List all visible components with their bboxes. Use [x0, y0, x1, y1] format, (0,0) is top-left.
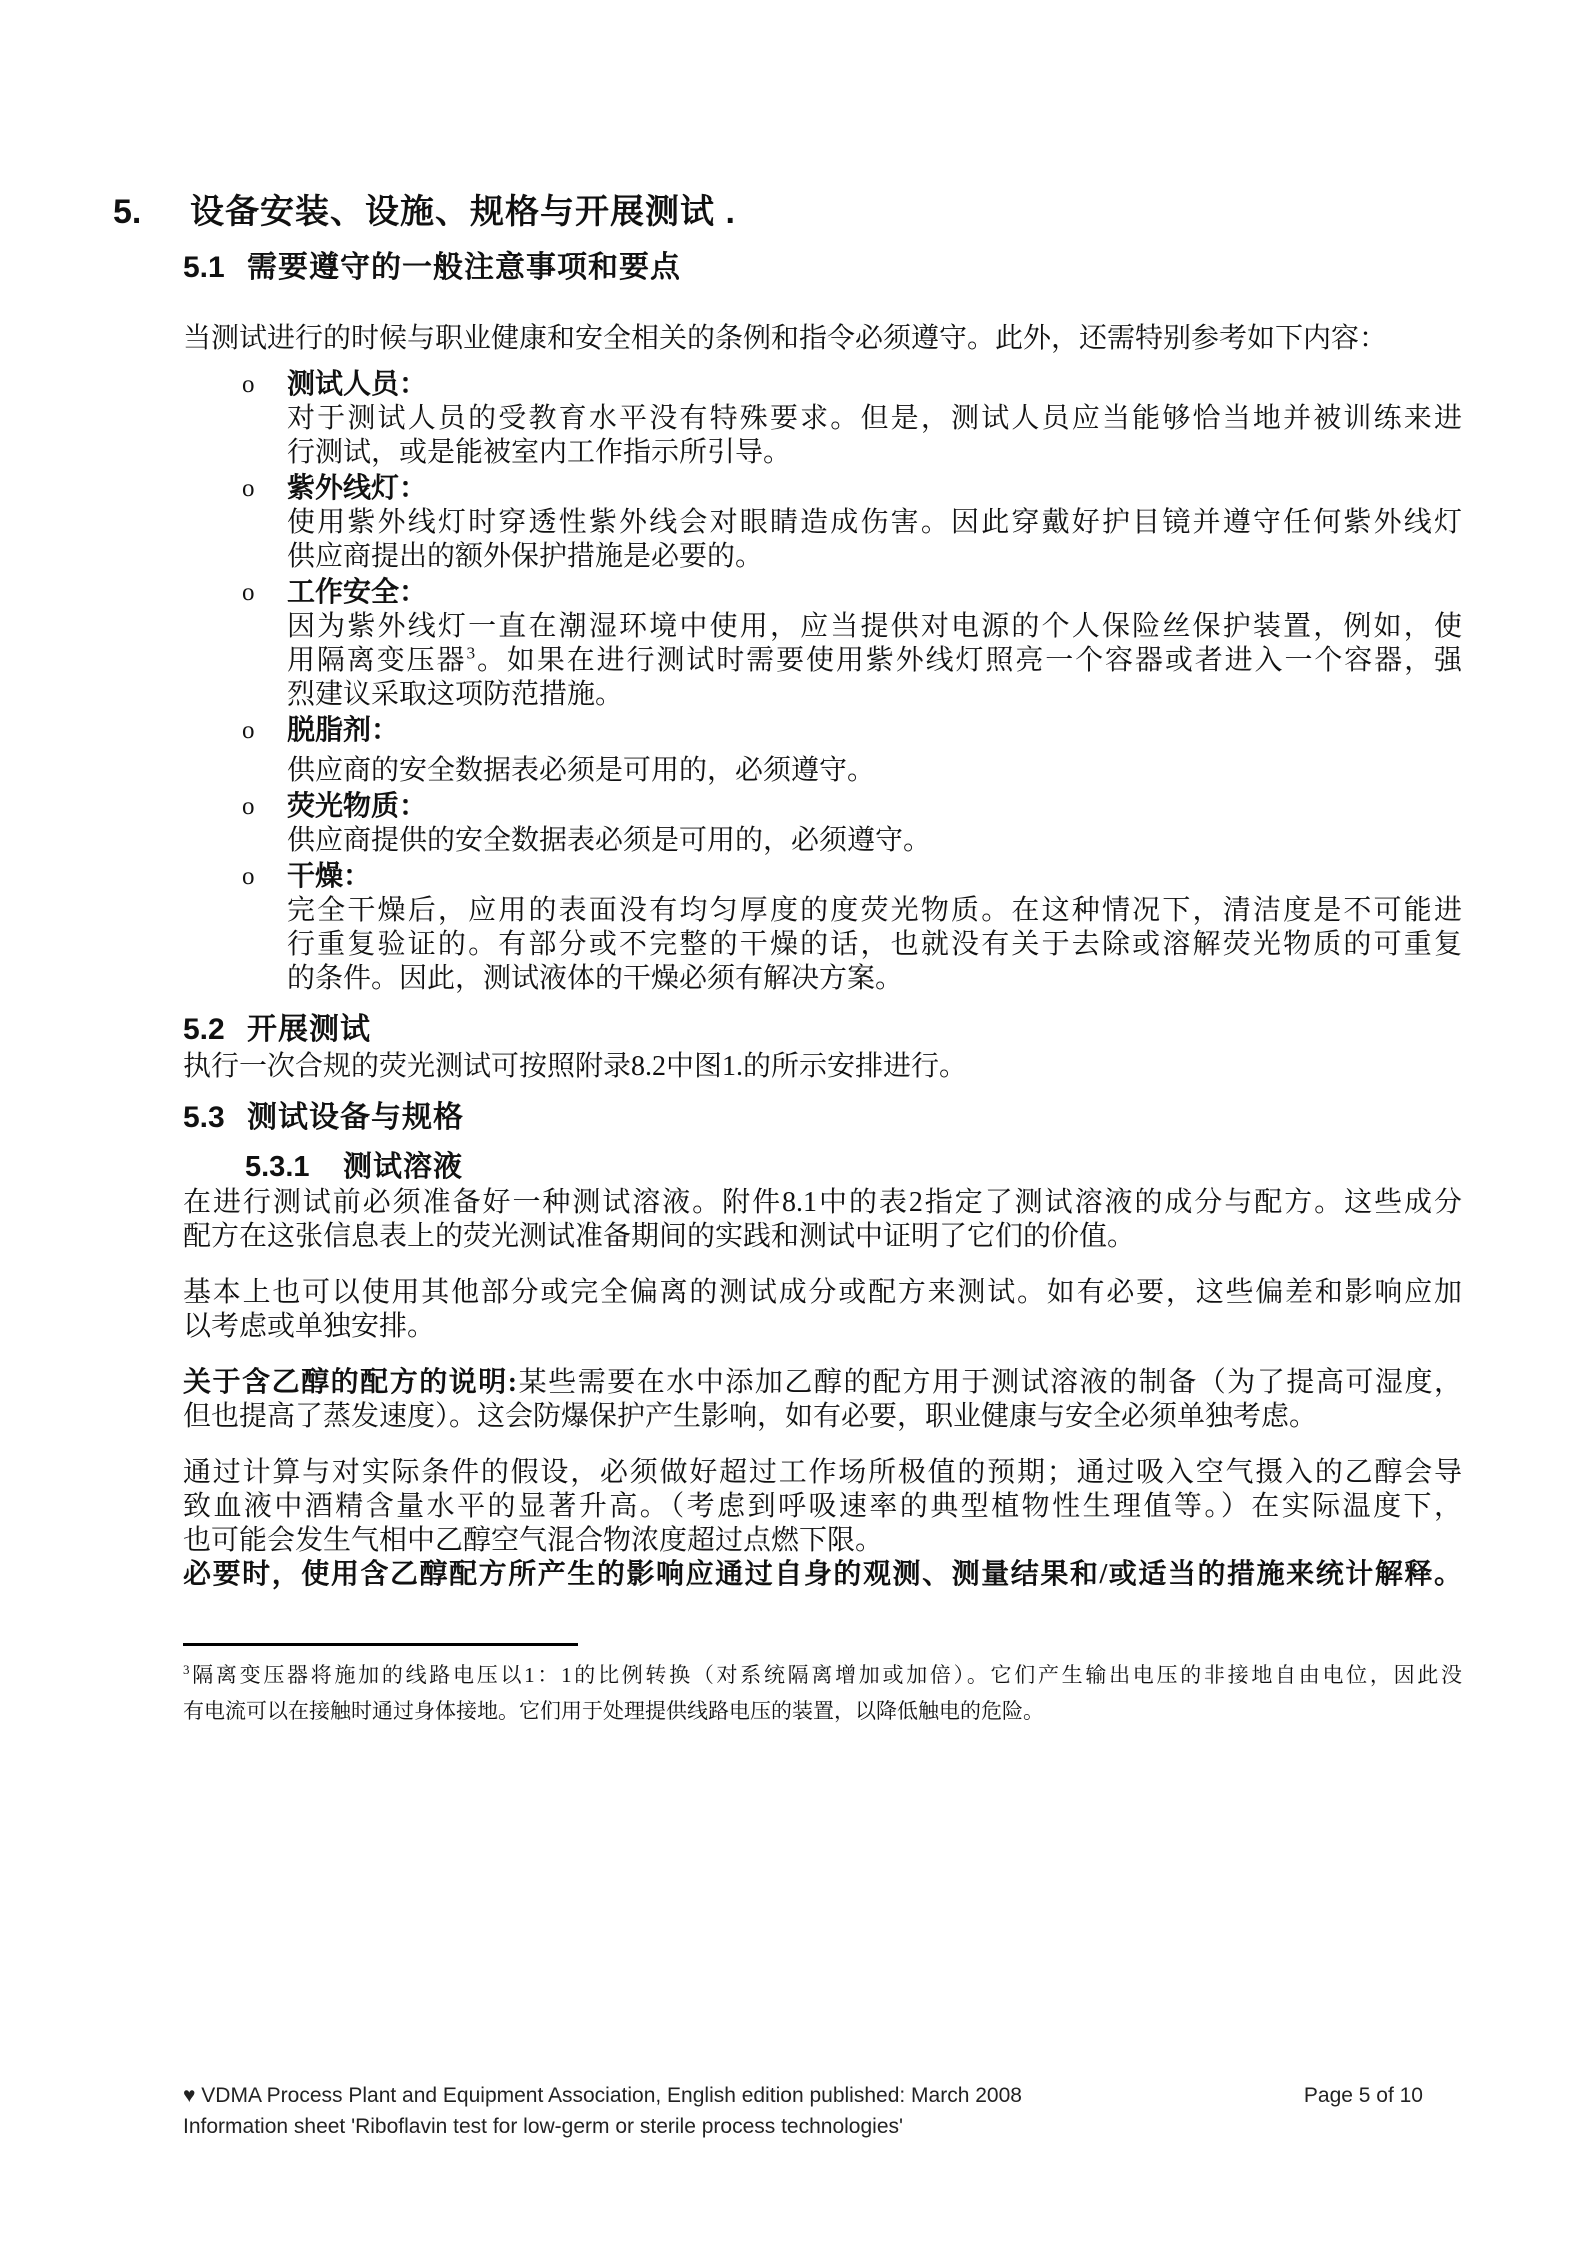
text-line: 使用紫外线灯时穿透性紫外线会对眼睛造成伤害。因此穿戴好护目镜并遵守任何紫外线灯	[287, 506, 1462, 540]
bullet-marker: o	[242, 860, 287, 996]
list-item-content: 测试人员： 对于测试人员的受教育水平没有特殊要求。但是，测试人员应当能够恰当地并…	[287, 368, 1462, 470]
text-run: 隔离变压器将施加的线路电压以1：1的比例转换（对系统隔离增加或加倍）。它们产生输…	[190, 1663, 1462, 1687]
list-item-content: 干燥： 完全干燥后，应用的表面没有均匀厚度的度荧光物质。在这种情况下，清洁度是不…	[287, 860, 1462, 996]
bullet-term: 工作安全：	[287, 576, 1462, 610]
section-5-3-title: 测试设备与规格	[247, 1098, 464, 1138]
text-run: 。如果在进行测试时需要使用紫外线灯照亮一个容器或者进入一个容器，强	[475, 645, 1462, 676]
list-item: o 工作安全： 因为紫外线灯一直在潮湿环境中使用，应当提供对电源的个人保险丝保护…	[242, 576, 1462, 712]
text-line: 以考虑或单独安排。	[183, 1310, 1462, 1344]
bullet-term: 脱脂剂：	[287, 714, 1462, 748]
note-bold-lead: 关于含乙醇的配方的说明:	[183, 1367, 517, 1398]
bullet-term: 紫外线灯：	[287, 472, 1462, 506]
list-item: o 紫外线灯： 使用紫外线灯时穿透性紫外线会对眼睛造成伤害。因此穿戴好护目镜并遵…	[242, 472, 1462, 574]
section-5-2-title: 开展测试	[247, 1010, 371, 1050]
section-5-2-number: 5.2	[183, 1010, 247, 1050]
section-5-2-paragraph: 执行一次合规的荧光测试可按照附录8.2中图1.的所示安排进行。	[183, 1050, 1462, 1084]
footnote-area: 3隔离变压器将施加的线路电压以1：1的比例转换（对系统隔离增加或加倍）。它们产生…	[183, 1643, 1462, 1729]
bullet-marker: o	[242, 576, 287, 712]
paragraph: 基本上也可以使用其他部分或完全偏离的测试成分或配方来测试。如有必要，这些偏差和影…	[183, 1276, 1462, 1344]
list-item: o 脱脂剂： 供应商的安全数据表必须是可用的，必须遵守。	[242, 714, 1462, 788]
bullet-term: 测试人员：	[287, 368, 1462, 402]
footnote-reference: 3	[466, 644, 475, 663]
page-number: Page 5 of 10	[1304, 2080, 1423, 2111]
list-item-content: 荧光物质： 供应商提供的安全数据表必须是可用的，必须遵守。	[287, 790, 1462, 858]
list-item-content: 紫外线灯： 使用紫外线灯时穿透性紫外线会对眼睛造成伤害。因此穿戴好护目镜并遵守任…	[287, 472, 1462, 574]
bullet-marker: o	[242, 714, 287, 788]
document-page: 5. 设备安装、设施、规格与开展测试 . 5.1 需要遵守的一般注意事项和要点 …	[0, 0, 1586, 2245]
text-line: 供应商的安全数据表必须是可用的，必须遵守。	[287, 754, 1462, 788]
section-5-2-heading: 5.2 开展测试	[183, 1010, 1462, 1050]
section-5-number: 5.	[113, 190, 190, 234]
text-line: 也可能会发生气相中乙醇空气混合物浓度超过点燃下限。	[183, 1524, 1462, 1558]
section-5-3-heading: 5.3 测试设备与规格	[183, 1098, 1462, 1138]
text-line: 关于含乙醇的配方的说明:某些需要在水中添加乙醇的配方用于测试溶液的制备（为了提高…	[183, 1366, 1462, 1400]
text-line: 烈建议采取这项防范措施。	[287, 678, 1462, 712]
list-item-content: 工作安全： 因为紫外线灯一直在潮湿环境中使用，应当提供对电源的个人保险丝保护装置…	[287, 576, 1462, 712]
bullet-marker: o	[242, 368, 287, 470]
section-5-1-title: 需要遵守的一般注意事项和要点	[247, 248, 681, 288]
bullet-term: 干燥：	[287, 860, 1462, 894]
safety-bullet-list: o 测试人员： 对于测试人员的受教育水平没有特殊要求。但是，测试人员应当能够恰当…	[242, 368, 1462, 996]
section-5-1-number: 5.1	[183, 248, 247, 288]
text-line: 当测试进行的时候与职业健康和安全相关的条例和指令必须遵守。此外，还需特别参考如下…	[183, 322, 1462, 356]
section-5-title: 设备安装、设施、规格与开展测试 .	[190, 190, 736, 234]
list-item: o 荧光物质： 供应商提供的安全数据表必须是可用的，必须遵守。	[242, 790, 1462, 858]
bullet-marker: o	[242, 790, 287, 858]
list-item-content: 脱脂剂： 供应商的安全数据表必须是可用的，必须遵守。	[287, 714, 1462, 788]
ethanol-note-paragraph: 关于含乙醇的配方的说明:某些需要在水中添加乙醇的配方用于测试溶液的制备（为了提高…	[183, 1366, 1462, 1434]
section-5-3-1-heading: 5.3.1 测试溶液	[245, 1148, 1462, 1186]
section-5-3-1-number: 5.3.1	[245, 1148, 343, 1186]
bullet-marker: o	[242, 472, 287, 574]
text-line: 供应商提供的安全数据表必须是可用的，必须遵守。	[287, 824, 1462, 858]
section-5-3-number: 5.3	[183, 1098, 247, 1138]
text-line: 在进行测试前必须准备好一种测试溶液。附件8.1中的表2指定了测试溶液的成分与配方…	[183, 1186, 1462, 1220]
text-line: 致血液中酒精含量水平的显著升高。（考虑到呼吸速率的典型植物性生理值等。）在实际温…	[183, 1490, 1462, 1524]
footer-sheet-title-line: Information sheet 'Riboflavin test for l…	[183, 2111, 1423, 2142]
text-line: 配方在这张信息表上的荧光测试准备期间的实践和测试中证明了它们的价值。	[183, 1220, 1462, 1254]
section-5-1-heading: 5.1 需要遵守的一般注意事项和要点	[183, 248, 1462, 288]
list-item: o 干燥： 完全干燥后，应用的表面没有均匀厚度的度荧光物质。在这种情况下，清洁度…	[242, 860, 1462, 996]
footer-row: ♥ VDMA Process Plant and Equipment Assoc…	[183, 2080, 1423, 2111]
paragraph: 在进行测试前必须准备好一种测试溶液。附件8.1中的表2指定了测试溶液的成分与配方…	[183, 1186, 1462, 1254]
text-line: 执行一次合规的荧光测试可按照附录8.2中图1.的所示安排进行。	[183, 1050, 1462, 1084]
section-5-3-1-title: 测试溶液	[343, 1148, 463, 1186]
text-line: 因为紫外线灯一直在潮湿环境中使用，应当提供对电源的个人保险丝保护装置，例如，使	[287, 610, 1462, 644]
text-run: 用隔离变压器	[287, 645, 466, 676]
footnote-text-line: 有电流可以在接触时通过身体接地。它们用于处理提供线路电压的装置，以降低触电的危险…	[183, 1693, 1462, 1729]
bold-conclusion-line: 必要时，使用含乙醇配方所产生的影响应通过自身的观测、测量结果和/或适当的措施来统…	[183, 1558, 1462, 1592]
paragraph: 通过计算与对实际条件的假设，必须做好超过工作场所极值的预期；通过吸入空气摄入的乙…	[183, 1456, 1462, 1592]
document-body: 5. 设备安装、设施、规格与开展测试 . 5.1 需要遵守的一般注意事项和要点 …	[113, 190, 1462, 1592]
section-5-heading: 5. 设备安装、设施、规格与开展测试 .	[113, 190, 1462, 234]
text-line: 但也提高了蒸发速度）。这会防爆保护产生影响，如有必要，职业健康与安全必须单独考虑…	[183, 1400, 1462, 1434]
text-line: 行重复验证的。有部分或不完整的干燥的话，也就没有关于去除或溶解荧光物质的可重复	[287, 928, 1462, 962]
text-line: 用隔离变压器3。如果在进行测试时需要使用紫外线灯照亮一个容器或者进入一个容器，强	[287, 644, 1462, 678]
intro-paragraph: 当测试进行的时候与职业健康和安全相关的条例和指令必须遵守。此外，还需特别参考如下…	[183, 322, 1462, 356]
footer-publisher-line: ♥ VDMA Process Plant and Equipment Assoc…	[183, 2080, 1022, 2111]
text-line: 供应商提出的额外保护措施是必要的。	[287, 540, 1462, 574]
page-footer: ♥ VDMA Process Plant and Equipment Assoc…	[183, 2080, 1423, 2142]
text-line: 对于测试人员的受教育水平没有特殊要求。但是，测试人员应当能够恰当地并被训练来进	[287, 402, 1462, 436]
text-line: 行测试，或是能被室内工作指示所引导。	[287, 436, 1462, 470]
text-run: 某些需要在水中添加乙醇的配方用于测试溶液的制备（为了提高可湿度，	[517, 1367, 1462, 1398]
bullet-term: 荧光物质：	[287, 790, 1462, 824]
footnote-separator-rule	[183, 1643, 578, 1646]
text-line: 完全干燥后，应用的表面没有均匀厚度的度荧光物质。在这种情况下，清洁度是不可能进	[287, 894, 1462, 928]
footnote-text-line: 3隔离变压器将施加的线路电压以1：1的比例转换（对系统隔离增加或加倍）。它们产生…	[183, 1657, 1462, 1693]
text-line: 基本上也可以使用其他部分或完全偏离的测试成分或配方来测试。如有必要，这些偏差和影…	[183, 1276, 1462, 1310]
list-item: o 测试人员： 对于测试人员的受教育水平没有特殊要求。但是，测试人员应当能够恰当…	[242, 368, 1462, 470]
text-line: 的条件。因此，测试液体的干燥必须有解决方案。	[287, 962, 1462, 996]
text-line: 通过计算与对实际条件的假设，必须做好超过工作场所极值的预期；通过吸入空气摄入的乙…	[183, 1456, 1462, 1490]
